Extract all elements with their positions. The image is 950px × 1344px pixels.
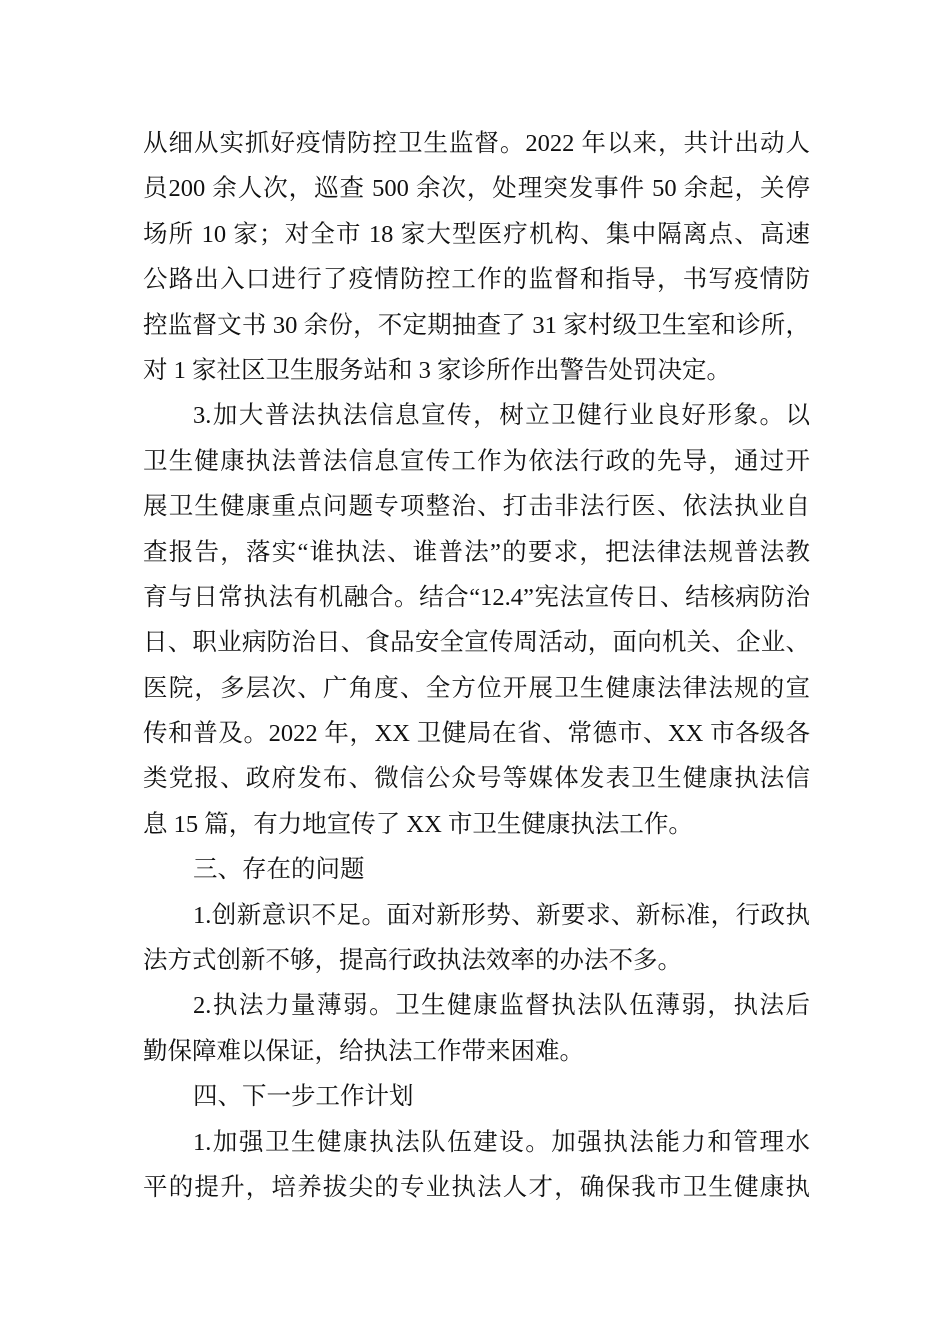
- document-line: 公路出入口进行了疫情防控工作的监督和指导，书写疫情防: [143, 257, 810, 302]
- document-text: 从细从实抓好疫情防控卫生监督。2022 年以来，共计出动人员200 余人次，巡查…: [143, 121, 810, 1210]
- document-line: 三、存在的问题: [143, 847, 810, 892]
- document-line: 1.加强卫生健康执法队伍建设。加强执法能力和管理水: [143, 1120, 810, 1165]
- document-line: 日、职业病防治日、食品安全宣传周活动，面向机关、企业、: [143, 620, 810, 665]
- document-line: 息 15 篇，有力地宣传了 XX 市卫生健康执法工作。: [143, 802, 810, 847]
- document-line: 法方式创新不够，提高行政执法效率的办法不多。: [143, 938, 810, 983]
- document-line: 控监督文书 30 余份，不定期抽查了 31 家村级卫生室和诊所，: [143, 303, 810, 348]
- document-line: 医院，多层次、广角度、全方位开展卫生健康法律法规的宣: [143, 666, 810, 711]
- document-line: 类党报、政府发布、微信公众号等媒体发表卫生健康执法信: [143, 756, 810, 801]
- document-line: 对 1 家社区卫生服务站和 3 家诊所作出警告处罚决定。: [143, 348, 810, 393]
- document-line: 育与日常执法有机融合。结合“12.4”宪法宣传日、结核病防治: [143, 575, 810, 620]
- document-line: 2.执法力量薄弱。卫生健康监督执法队伍薄弱，执法后: [143, 983, 810, 1028]
- document-line: 员200 余人次，巡查 500 余次，处理突发事件 50 余起，关停: [143, 166, 810, 211]
- document-line: 展卫生健康重点问题专项整治、打击非法行医、依法执业自: [143, 484, 810, 529]
- document-line: 场所 10 家；对全市 18 家大型医疗机构、集中隔离点、高速: [143, 212, 810, 257]
- document-line: 从细从实抓好疫情防控卫生监督。2022 年以来，共计出动人: [143, 121, 810, 166]
- document-line: 1.创新意识不足。面对新形势、新要求、新标准，行政执: [143, 893, 810, 938]
- document-line: 四、下一步工作计划: [143, 1074, 810, 1119]
- document-line: 传和普及。2022 年，XX 卫健局在省、常德市、XX 市各级各: [143, 711, 810, 756]
- document-page: 从细从实抓好疫情防控卫生监督。2022 年以来，共计出动人员200 余人次，巡查…: [0, 0, 950, 1344]
- document-line: 查报告，落实“谁执法、谁普法”的要求，把法律法规普法教: [143, 530, 810, 575]
- document-line: 卫生健康执法普法信息宣传工作为依法行政的先导，通过开: [143, 439, 810, 484]
- document-line: 平的提升，培养拔尖的专业执法人才，确保我市卫生健康执: [143, 1165, 810, 1210]
- document-line: 3.加大普法执法信息宣传，树立卫健行业良好形象。以: [143, 393, 810, 438]
- document-line: 勤保障难以保证，给执法工作带来困难。: [143, 1029, 810, 1074]
